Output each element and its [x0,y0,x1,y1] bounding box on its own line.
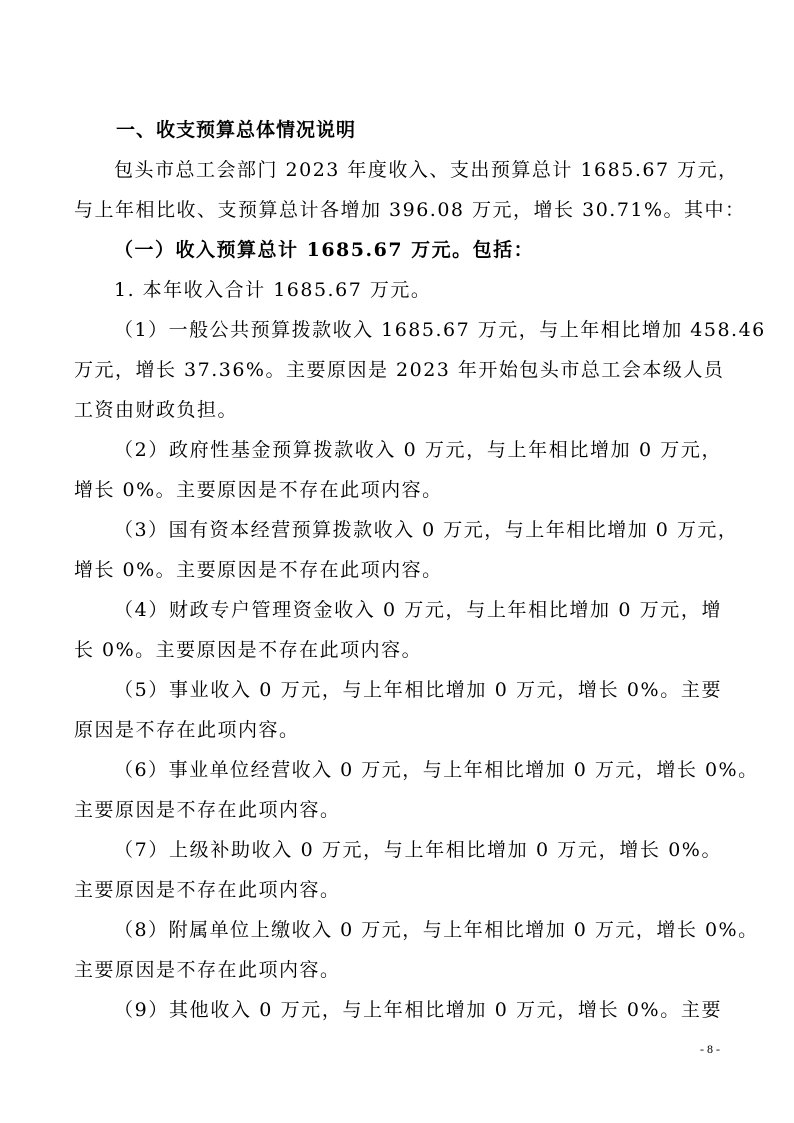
paragraph-line: （9）其他收入 0 万元，与上年相比增加 0 万元，增长 0%。主要 [114,998,722,1022]
paragraph-line: 工资由财政负担。 [74,398,722,422]
subsection-heading: （一）收入预算总计 1685.67 万元。包括： [114,238,722,262]
paragraph-line: 原因是不存在此项内容。 [74,718,722,742]
paragraph-line: （1）一般公共预算拨款收入 1685.67 万元，与上年相比增加 458.46 [114,318,722,342]
paragraph-line: 万元，增长 37.36%。主要原因是 2023 年开始包头市总工会本级人员 [74,358,722,382]
paragraph-line: 长 0%。主要原因是不存在此项内容。 [74,638,722,662]
paragraph-line: （7）上级补助收入 0 万元，与上年相比增加 0 万元，增长 0%。 [114,838,722,862]
paragraph-line: 包头市总工会部门 2023 年度收入、支出预算总计 1685.67 万元， [114,158,722,182]
paragraph-line: 主要原因是不存在此项内容。 [74,958,722,982]
paragraph-line: 增长 0%。主要原因是不存在此项内容。 [74,478,722,502]
section-heading: 一、收支预算总体情况说明 [116,118,764,142]
page-number: - 8 - [700,1042,720,1057]
paragraph-line: （6）事业单位经营收入 0 万元，与上年相比增加 0 万元，增长 0%。 [114,758,722,782]
paragraph-line: （4）财政专户管理资金收入 0 万元，与上年相比增加 0 万元，增 [114,598,722,622]
paragraph-line: （8）附属单位上缴收入 0 万元，与上年相比增加 0 万元，增长 0%。 [114,918,722,942]
paragraph-line: （2）政府性基金预算拨款收入 0 万元，与上年相比增加 0 万元， [114,438,722,462]
paragraph-line: 与上年相比收、支预算总计各增加 396.08 万元，增长 30.71%。其中： [74,198,722,222]
paragraph-line: 主要原因是不存在此项内容。 [74,798,722,822]
paragraph-line: （3）国有资本经营预算拨款收入 0 万元，与上年相比增加 0 万元， [114,518,722,542]
paragraph-line: 1. 本年收入合计 1685.67 万元。 [114,278,722,302]
paragraph-line: 主要原因是不存在此项内容。 [74,878,722,902]
paragraph-line: 增长 0%。主要原因是不存在此项内容。 [74,558,722,582]
paragraph-line: （5）事业收入 0 万元，与上年相比增加 0 万元，增长 0%。主要 [114,678,722,702]
